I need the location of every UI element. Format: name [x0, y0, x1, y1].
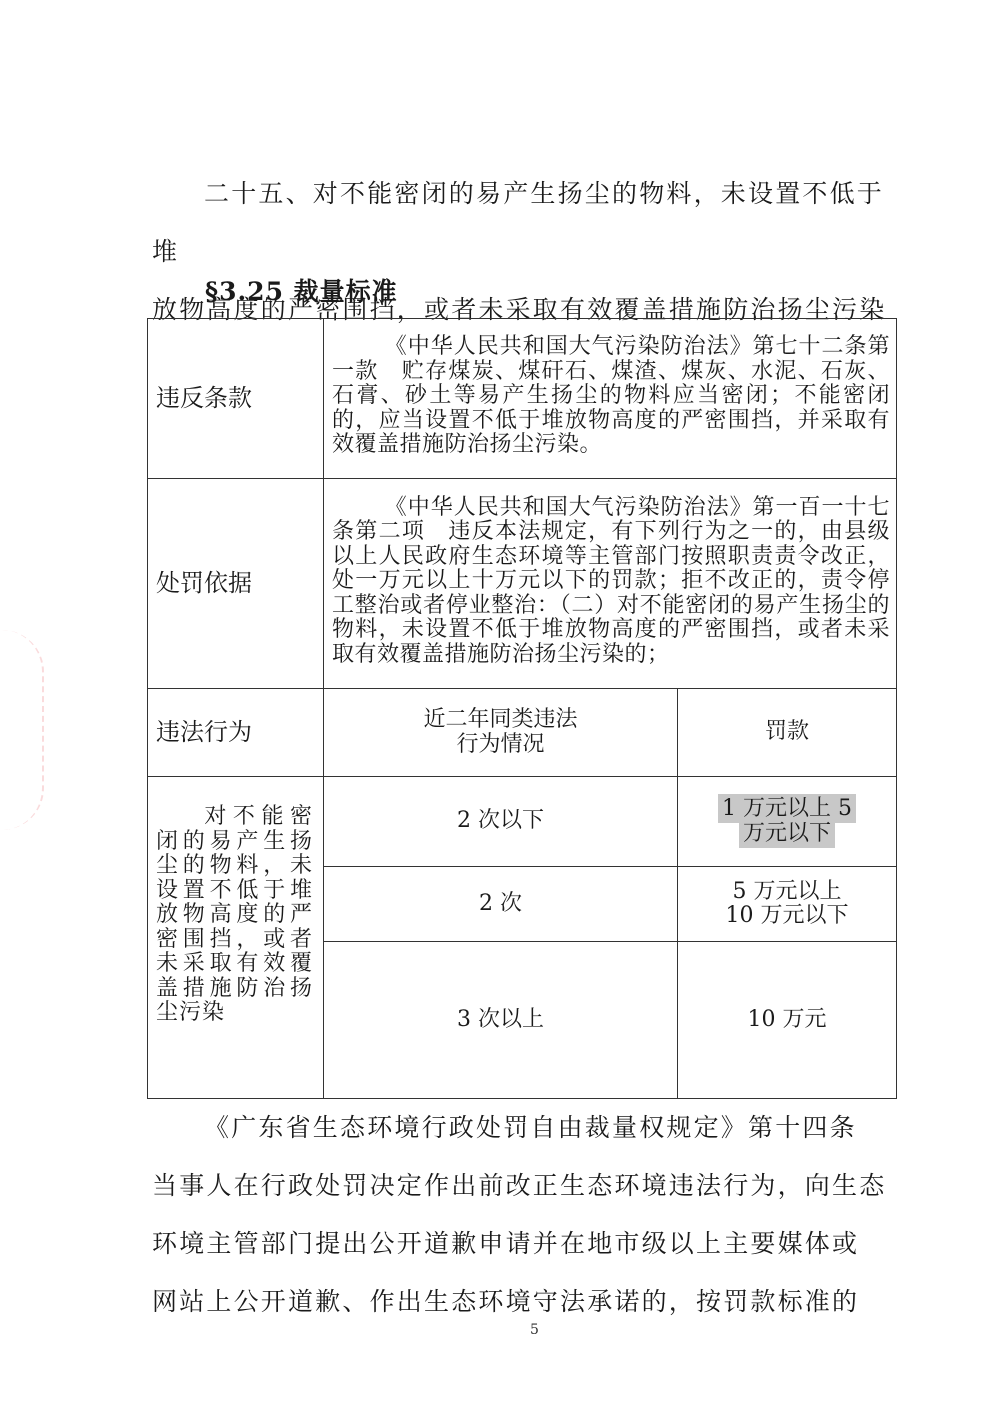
violation-behavior-text: 对不能密闭的易产生扬尘的物料，未设置不低于堆放物高度的严密围挡，或者未采取有效覆… [148, 777, 324, 1099]
tier-3-history: 3 次以上 [324, 942, 678, 1099]
header-history-line-2: 行为情况 [456, 732, 544, 757]
page-number: 5 [530, 1322, 539, 1338]
header-violation-behavior: 违法行为 [148, 689, 324, 777]
header-fine: 罚款 [678, 689, 897, 777]
closing-line-3: 环境主管部门提出公开道歉申请并在地市级以上主要媒体或 [152, 1229, 859, 1258]
violated-clause-label: 违反条款 [148, 319, 324, 479]
red-seal-stamp-fragment [2, 630, 44, 830]
tier-1-history: 2 次以下 [324, 777, 678, 867]
closing-line-1: 《广东省生态环境行政处罚自由裁量权规定》第十四条 [204, 1113, 857, 1142]
intro-line-1: 二十五、对不能密闭的易产生扬尘的物料，未设置不低于堆 [152, 179, 884, 266]
discretion-standard-table: 违反条款 《中华人民共和国大气污染防治法》第七十二条第一款 贮存煤炭、煤矸石、煤… [147, 318, 897, 1099]
header-history-line-1: 近二年同类违法 [423, 707, 577, 732]
header-history: 近二年同类违法 行为情况 [324, 689, 678, 777]
penalty-basis-text: 《中华人民共和国大气污染防治法》第一百一十七条第二项 违反本法规定，有下列行为之… [324, 479, 897, 689]
closing-paragraph: 《广东省生态环境行政处罚自由裁量权规定》第十四条 当事人在行政处罚决定作出前改正… [152, 1099, 902, 1331]
table-row-penalty-basis: 处罚依据 《中华人民共和国大气污染防治法》第一百一十七条第二项 违反本法规定，有… [148, 479, 897, 689]
tier-2-fine-line-2: 10 万元以下 [726, 903, 849, 928]
violated-clause-text: 《中华人民共和国大气污染防治法》第七十二条第一款 贮存煤炭、煤矸石、煤渣、煤灰、… [324, 319, 897, 479]
violation-behavior-description: 对不能密闭的易产生扬尘的物料，未设置不低于堆放物高度的严密围挡，或者未采取有效覆… [156, 804, 313, 1025]
tier-2-fine: 5 万元以上 10 万元以下 [678, 867, 897, 942]
tier-3-fine: 10 万元 [678, 942, 897, 1099]
tier-2-history: 2 次 [324, 867, 678, 942]
intro-paragraph: 二十五、对不能密闭的易产生扬尘的物料，未设置不低于堆 放物高度的严密围挡，或者未… [152, 165, 902, 339]
closing-line-2: 当事人在行政处罚决定作出前改正生态环境违法行为，向生态 [152, 1171, 886, 1200]
penalty-basis-label: 处罚依据 [148, 479, 324, 689]
table-row-tier-1: 对不能密闭的易产生扬尘的物料，未设置不低于堆放物高度的严密围挡，或者未采取有效覆… [148, 777, 897, 867]
table-header-row: 违法行为 近二年同类违法 行为情况 罚款 [148, 689, 897, 777]
tier-1-fine: 1 万元以上 5 万元以下 [678, 777, 897, 867]
section-title: §3.25 裁量标准 [205, 272, 398, 308]
tier-1-fine-line-2: 万元以下 [739, 819, 835, 848]
table-row-violated-clause: 违反条款 《中华人民共和国大气污染防治法》第七十二条第一款 贮存煤炭、煤矸石、煤… [148, 319, 897, 479]
closing-line-4: 网站上公开道歉、作出生态环境守法承诺的，按罚款标准的 [152, 1287, 859, 1316]
tier-2-fine-line-1: 5 万元以上 [733, 879, 842, 904]
